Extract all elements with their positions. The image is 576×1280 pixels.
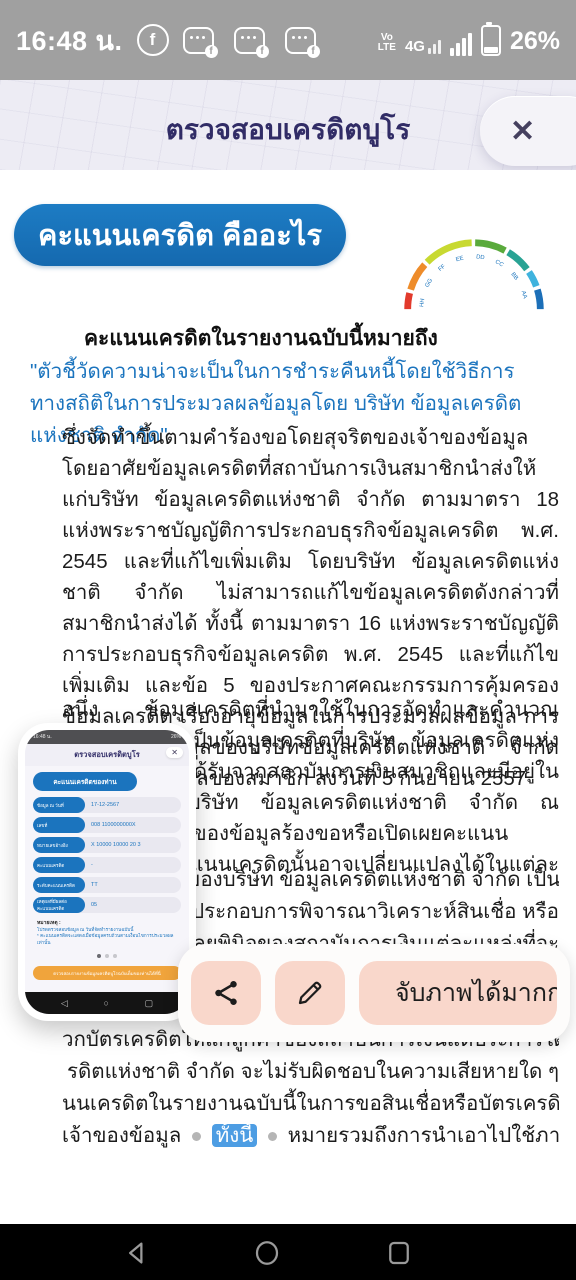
mini-score-banner: คะแนนเครดิตของท่าน [33, 772, 137, 791]
mini-score-table: ข้อมูล ณ วันที่ 17-12-2567 เลขที่ 008 11… [25, 795, 189, 913]
capture-toolbar: จับภาพได้มากกว่านี้ [178, 944, 570, 1042]
gauge-segment-blue [537, 290, 540, 309]
gauge-segment-lime [427, 243, 472, 262]
edit-button[interactable] [275, 961, 345, 1025]
messenger-notification-icon [183, 27, 214, 54]
doc-p3-line: นนเครดิตในรายงานฉบับนี้ในการขอสินเชื่อหร… [62, 1088, 559, 1120]
gauge-label: DD [476, 254, 485, 261]
mini-home-icon: ○ [103, 998, 108, 1008]
doc-section-heading: คะแนนเครดิตในรายงานฉบับนี้หมายถึง [84, 322, 438, 355]
selection-handle-left[interactable] [192, 1132, 201, 1141]
gauge-label: HH [419, 298, 426, 307]
volte-indicator: Vo LTE [378, 33, 396, 56]
doc-p3-last-line: เจ้าของข้อมูล ทั้งนี้ หมายรวมถึงการนำเอา… [62, 1120, 559, 1152]
gauge-segment-orange [411, 265, 425, 290]
capture-more-label: จับภาพได้มากกว่านี้ [395, 973, 557, 1013]
selection-handle-right[interactable] [268, 1132, 277, 1141]
mini-note: หมายเหตุ : โปรดตรวจสอบข้อมูล ณ วันที่จัด… [25, 913, 189, 946]
selected-word[interactable]: ทั้งนี้ [212, 1124, 258, 1147]
share-button[interactable] [191, 961, 261, 1025]
document-content[interactable]: คะแนนเครดิต คืออะไร HH GG FF EE DD CC BB… [0, 170, 576, 1224]
network-4g-indicator: 4G [405, 39, 441, 56]
recents-button[interactable] [384, 1238, 414, 1268]
mini-recents-icon: ▢ [145, 998, 154, 1009]
gauge-segment-sky [529, 272, 536, 286]
gauge-segment-teal [508, 252, 527, 269]
close-button[interactable]: ✕ [480, 96, 576, 166]
messenger-notification-icon [285, 27, 316, 54]
mini-close-icon: ✕ [166, 747, 183, 758]
app-header: ตรวจสอบเครดิตบูโร ✕ [0, 80, 576, 170]
mini-app-header: ตรวจสอบเครดิตบูโร ✕ [25, 744, 189, 766]
mini-page-dots [25, 954, 189, 958]
mini-table-row: เลขที่ 008 1100000000X [33, 817, 181, 833]
signal-strength-icon [450, 33, 472, 56]
home-button[interactable] [252, 1238, 282, 1268]
doc-p3-line: รดิตแห่งชาติ จำกัด จะไม่รับผิดชอบในความเ… [62, 1056, 559, 1088]
gauge-label: CC [494, 259, 504, 268]
mini-table-row: หมายเลขอ้างอิง X 10000 10000 20 3 [33, 837, 181, 853]
mini-table-row: เหตุผลที่มีผลต่อคะแนนเครดิต 05 [33, 897, 181, 913]
android-navigation-bar [0, 1224, 576, 1280]
clock: 16:48 น. [16, 19, 123, 62]
mini-back-icon: ◁ [61, 998, 68, 1009]
gauge-label: EE [455, 255, 464, 263]
mini-table-row: ข้อมูล ณ วันที่ 17-12-2567 [33, 797, 181, 813]
mini-status-bar: 16:48 น. 26% [25, 730, 189, 744]
back-button[interactable] [122, 1238, 152, 1268]
gauge-label: FF [438, 263, 448, 272]
close-icon: ✕ [510, 114, 535, 149]
gauge-segment-green [475, 243, 505, 251]
status-bar: 16:48 น. f Vo LTE 4G 26% [0, 0, 576, 80]
battery-percent: 26% [510, 27, 560, 56]
mini-table-row: ระดับคะแนนเครดิต TT [33, 877, 181, 893]
mini-orange-button: ตรวจสอบรายงานข้อมูลเครดิตบูโรฉบับเต็มของ… [33, 966, 181, 980]
gauge-label: AA [520, 290, 528, 299]
share-icon [211, 978, 241, 1008]
gauge-label: BB [509, 272, 519, 282]
mini-table-row: คะแนนเครดิต - [33, 857, 181, 873]
mini-nav-bar: ◁ ○ ▢ [25, 992, 189, 1014]
sim2-signal-icon [428, 40, 441, 54]
pencil-icon [295, 978, 325, 1008]
capture-more-button[interactable]: จับภาพได้มากกว่านี้ [359, 961, 557, 1025]
messenger-notification-icon [234, 27, 265, 54]
screenshot-preview-thumbnail: 16:48 น. 26% ตรวจสอบเครดิตบูโร ✕ คะแนนเค… [18, 723, 196, 1021]
credit-score-gauge: HH GG FF EE DD CC BB AA [396, 228, 552, 318]
section-title-banner: คะแนนเครดิต คืออะไร [14, 204, 346, 266]
gauge-label: GG [424, 277, 434, 288]
battery-icon [481, 25, 501, 56]
facebook-notification-icon: f [137, 24, 169, 56]
gauge-segment-red [408, 293, 410, 309]
